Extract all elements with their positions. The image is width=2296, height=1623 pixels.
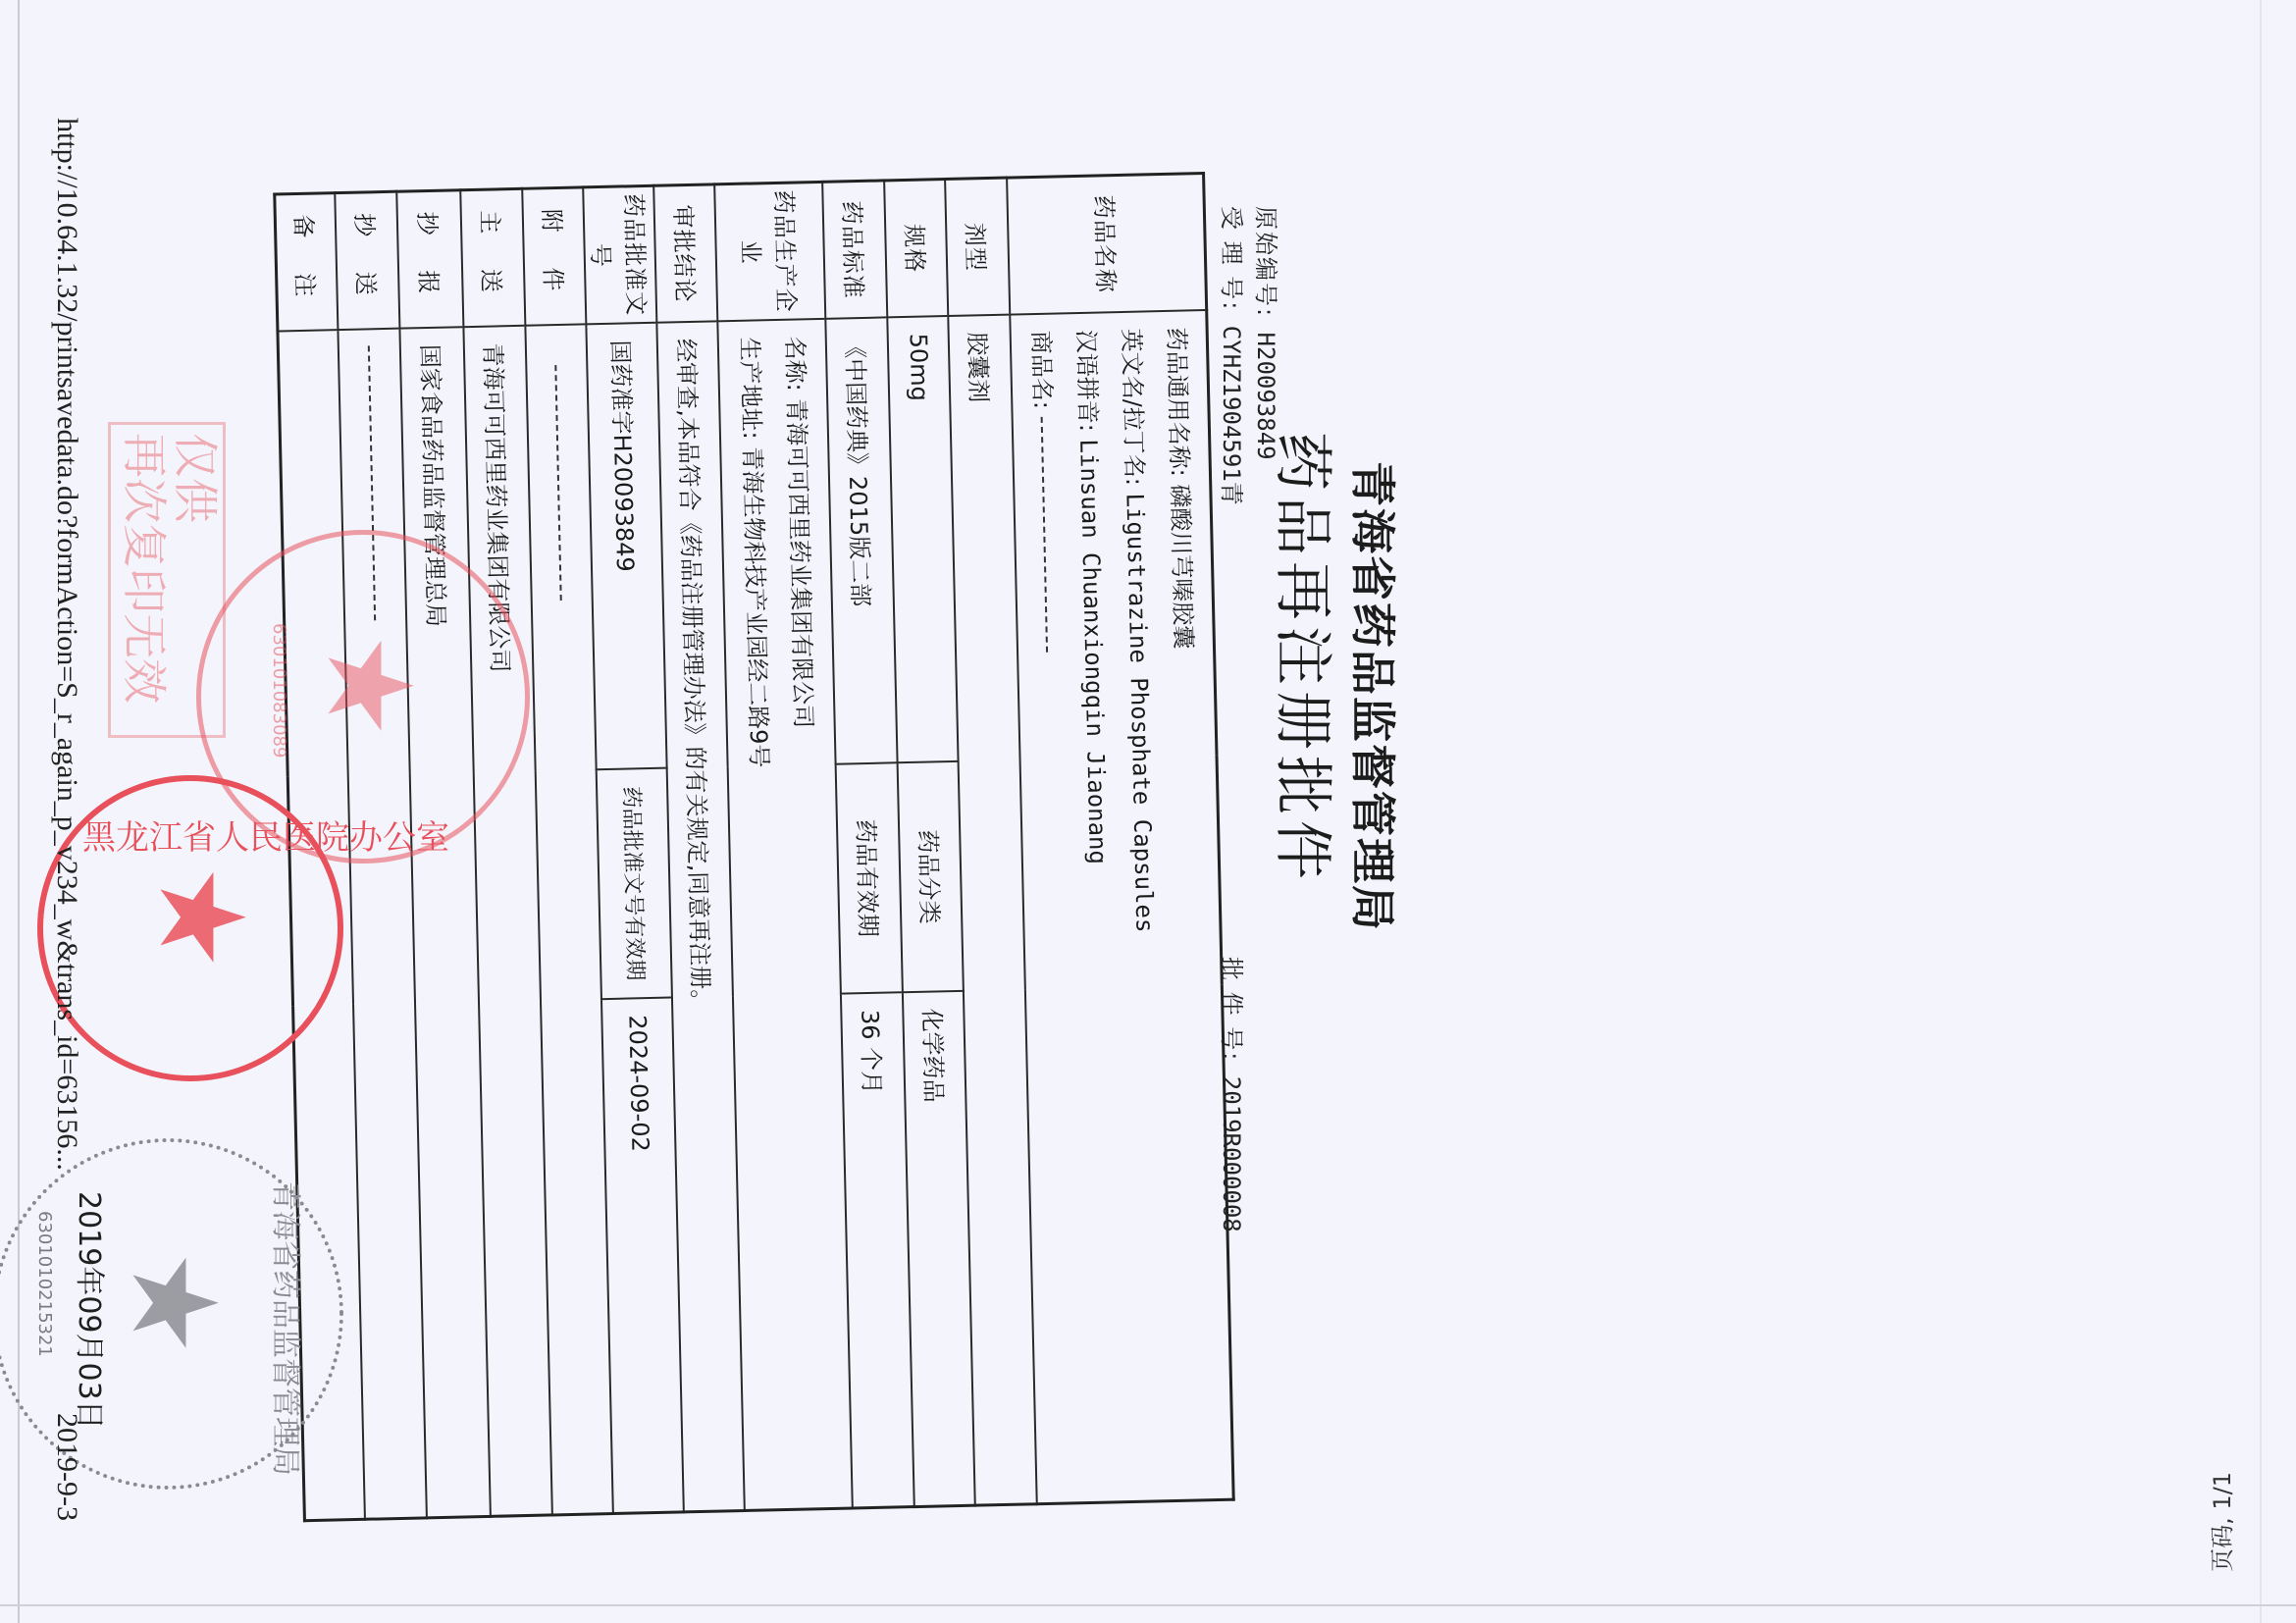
generic-name-value: 磷酸川芎嗪胶囊 xyxy=(1166,484,1197,650)
generic-name-label: 药品通用名称: xyxy=(1163,327,1193,477)
approval-number-row-value: 国药准字H20093849 xyxy=(587,323,667,770)
approval-validity-label: 药品批准文号有效期 xyxy=(597,768,672,1000)
scan-edge-bottom xyxy=(18,0,20,1623)
pinyin-name-value: Linsuan Chuanxiongqin Jiaonang xyxy=(1074,439,1112,864)
seal-star-icon: ★ xyxy=(114,1250,232,1356)
main-recipient-label: 主 送 xyxy=(461,188,526,327)
approval-table: 药品名称 药品通用名称: 磷酸川芎嗪胶囊 英文名/拉丁名: Ligustrazi… xyxy=(273,172,1234,1522)
footer-date: 2019-9-3 xyxy=(50,1413,83,1521)
drug-name-cell: 药品通用名称: 磷酸川芎嗪胶囊 英文名/拉丁名: Ligustrazine Ph… xyxy=(1011,310,1233,1504)
original-number-value: H20093849 xyxy=(1252,333,1279,460)
remarks-label: 备 注 xyxy=(275,193,339,332)
acceptance-number: 受 理 号: CYHZ1904591青 xyxy=(1217,206,1251,505)
copy-notice-line2: 再次复印无效 xyxy=(119,433,170,727)
manufacturer-name-label: 名称: xyxy=(781,336,809,392)
scan-edge-side xyxy=(0,1604,2296,1606)
copy-notice-line1: 仅供 xyxy=(170,433,221,727)
document-title: 药品再注册批件 xyxy=(1265,432,1349,885)
scan-edge-top xyxy=(2260,0,2262,1623)
manufacturer-address-value: 青海生物科技产业园经二路9号 xyxy=(739,446,773,768)
specification-value: 50mg xyxy=(888,316,959,762)
trade-name-blank xyxy=(1041,417,1048,653)
footer-url: http://10.64.1.32/printsavedata.do?formA… xyxy=(50,118,83,1171)
seal-star-icon: ★ xyxy=(141,864,259,970)
bureau-seal-date: 2019年09月03日 xyxy=(71,1191,114,1430)
validity-label: 药品有效期 xyxy=(836,762,903,993)
original-number-label: 原始编号: xyxy=(1252,206,1279,318)
validity-value: 36 个月 xyxy=(841,992,914,1508)
acceptance-number-value: CYHZ1904591青 xyxy=(1218,326,1245,505)
original-number: 原始编号: H20093849 xyxy=(1251,206,1285,460)
specification-label: 规格 xyxy=(885,180,949,318)
manufacturer-label: 药品生产企业 xyxy=(715,182,826,321)
report-to-label: 抄 报 xyxy=(397,190,464,329)
issuer-name: 青海省药品监督管理局 xyxy=(1343,461,1408,932)
acceptance-number-label: 受 理 号: xyxy=(1218,206,1245,311)
copy-notice-stamp: 仅供 再次复印无效 xyxy=(108,422,226,738)
manufacturer-address-label: 生产地址: xyxy=(736,337,765,440)
table-row-drug-name: 药品名称 药品通用名称: 磷酸川芎嗪胶囊 英文名/拉丁名: Ligustrazi… xyxy=(1008,174,1234,1504)
pinyin-name-label: 汉语拼音: xyxy=(1072,329,1102,432)
attachment-blank xyxy=(555,365,562,601)
copy-to-blank xyxy=(368,345,376,620)
bureau-seal-code: 6301010215321 xyxy=(34,1211,55,1357)
attachment-label: 附 件 xyxy=(523,187,587,326)
category-label: 药品分类 xyxy=(898,761,964,992)
drug-name-label: 药品名称 xyxy=(1008,174,1207,315)
manufacturer-name-value: 青海可可西里药业集团有限公司 xyxy=(783,398,818,729)
page-number: 页码, 1/1 xyxy=(2203,1472,2237,1572)
trade-name-label: 商品名: xyxy=(1027,331,1057,410)
english-name-label: 英文名/拉丁名: xyxy=(1118,328,1149,486)
approval-number-row-label: 药品批准文号 xyxy=(584,185,657,324)
copy-to-label: 抄 送 xyxy=(336,191,400,330)
category-value: 化学药品 xyxy=(903,991,975,1507)
document-page: 页码, 1/1 青海省药品监督管理局 药品再注册批件 原始编号: H200938… xyxy=(0,0,2296,1623)
approval-validity-value: 2024-09-02 xyxy=(601,998,684,1514)
standard-value: 《中国药典》2015版二部 xyxy=(826,317,898,763)
english-name-value: Ligustrazine Phosphate Capsules xyxy=(1122,493,1159,932)
conclusion-label: 审批结论 xyxy=(654,184,718,323)
standard-label: 药品标准 xyxy=(823,181,888,319)
dosage-form-label: 剂型 xyxy=(946,178,1011,316)
